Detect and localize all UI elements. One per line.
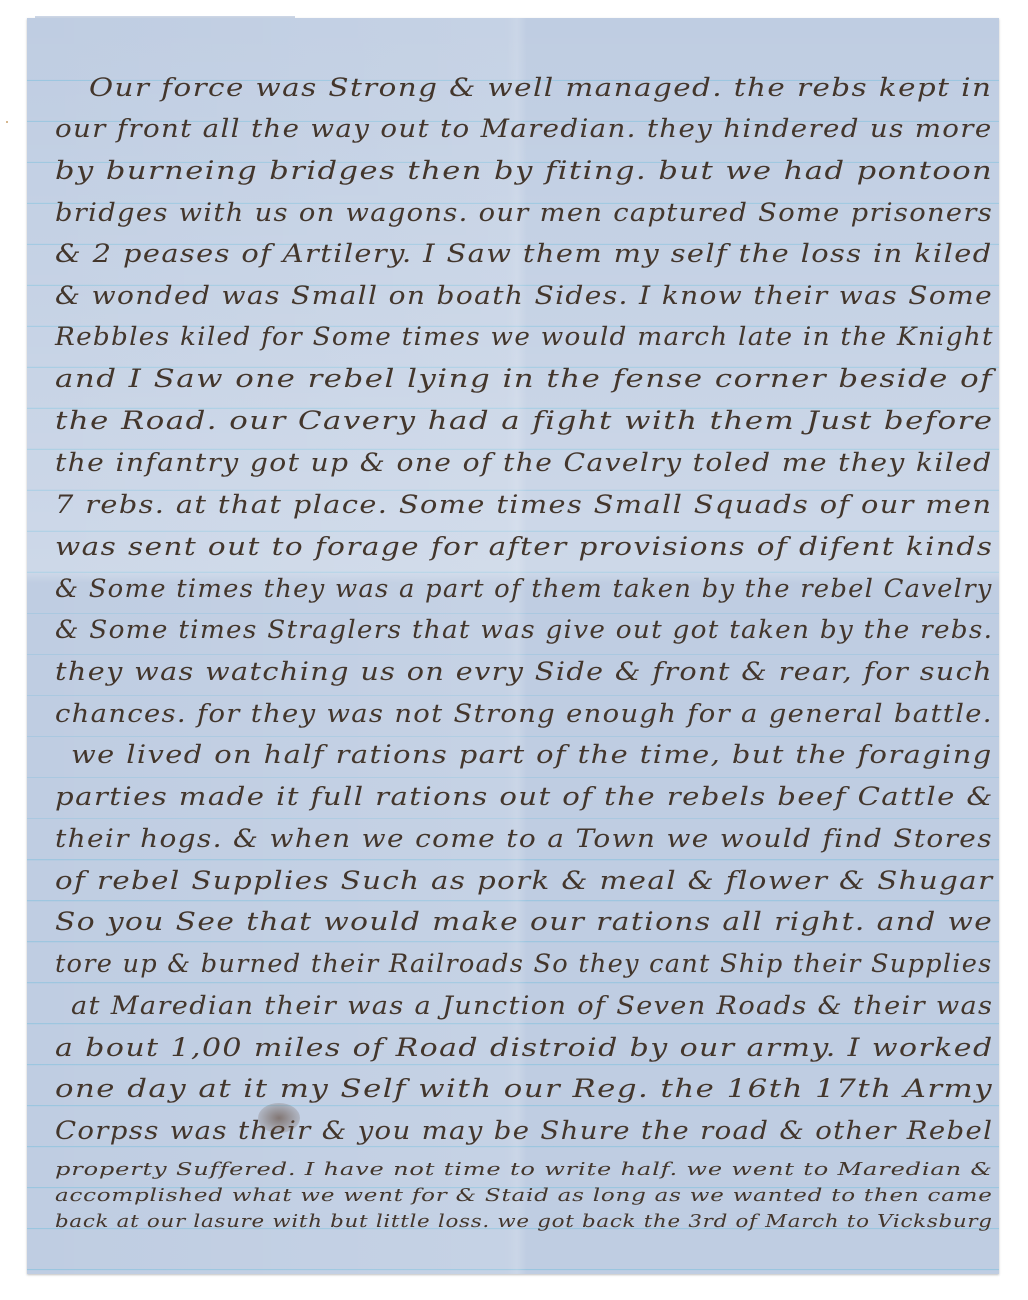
letter-line-6: & wonded was Small on boath Sides. I kno… xyxy=(55,281,993,311)
letter-line-20: of rebel Supplies Such as pork & meal & … xyxy=(55,866,993,896)
letter-line-27: property Suffered. I have not time to wr… xyxy=(55,1160,993,1180)
letter-line-23: at Maredian their was a Junction of Seve… xyxy=(71,991,993,1021)
letter-line-1: Our force was Strong & well managed. the… xyxy=(89,73,992,103)
margin-speck xyxy=(6,121,8,123)
letter-line-25: one day at it my Self with our Reg. the … xyxy=(55,1074,993,1104)
letter-line-14: & Some times Straglers that was give out… xyxy=(55,615,993,645)
letter-page: Our force was Strong & well managed. the… xyxy=(27,18,999,1274)
letter-line-16: chances. for they was not Strong enough … xyxy=(55,699,993,729)
letter-line-5: & 2 peases of Artilery. I Saw them my se… xyxy=(55,239,993,269)
letter-line-8: and I Saw one rebel lying in the fense c… xyxy=(55,364,993,394)
letter-line-19: their hogs. & when we come to a Town we … xyxy=(55,824,993,854)
letter-line-15: they was watching us on evry Side & fron… xyxy=(55,657,993,687)
letter-line-13: & Some times they was a part of them tak… xyxy=(55,574,993,604)
letter-line-24: a bout 1,00 miles of Road distroid by ou… xyxy=(55,1033,994,1063)
letter-line-18: parties made it full rations out of the … xyxy=(55,782,994,812)
letter-line-26: Corpss was their & you may be Shure the … xyxy=(55,1116,993,1146)
letter-line-2: our front all the way out to Maredian. t… xyxy=(55,114,993,144)
letter-line-28: accomplished what we went for & Staid as… xyxy=(55,1186,993,1206)
letter-line-12: was sent out to forage for after provisi… xyxy=(55,532,993,562)
letter-line-3: by burneing bridges then by fiting. but … xyxy=(55,156,993,186)
letter-line-4: bridges with us on wagons. our men captu… xyxy=(55,198,993,228)
letter-line-10: the infantry got up & one of the Cavelry… xyxy=(55,448,993,478)
letter-body: Our force was Strong & well managed. the… xyxy=(27,18,999,1274)
letter-line-7: Rebbles kiled for Some times we would ma… xyxy=(55,322,994,352)
letter-line-22: tore up & burned their Railroads So they… xyxy=(55,949,993,979)
letter-line-9: the Road. our Cavery had a fight with th… xyxy=(55,406,994,436)
letter-line-11: 7 rebs. at that place. Some times Small … xyxy=(55,490,992,520)
letter-line-21: So you See that would make our rations a… xyxy=(55,907,993,937)
letter-line-17: we lived on half rations part of the tim… xyxy=(71,740,993,770)
ink-blot xyxy=(258,1103,300,1133)
letter-line-29: back at our lasure with but little loss.… xyxy=(55,1212,993,1232)
